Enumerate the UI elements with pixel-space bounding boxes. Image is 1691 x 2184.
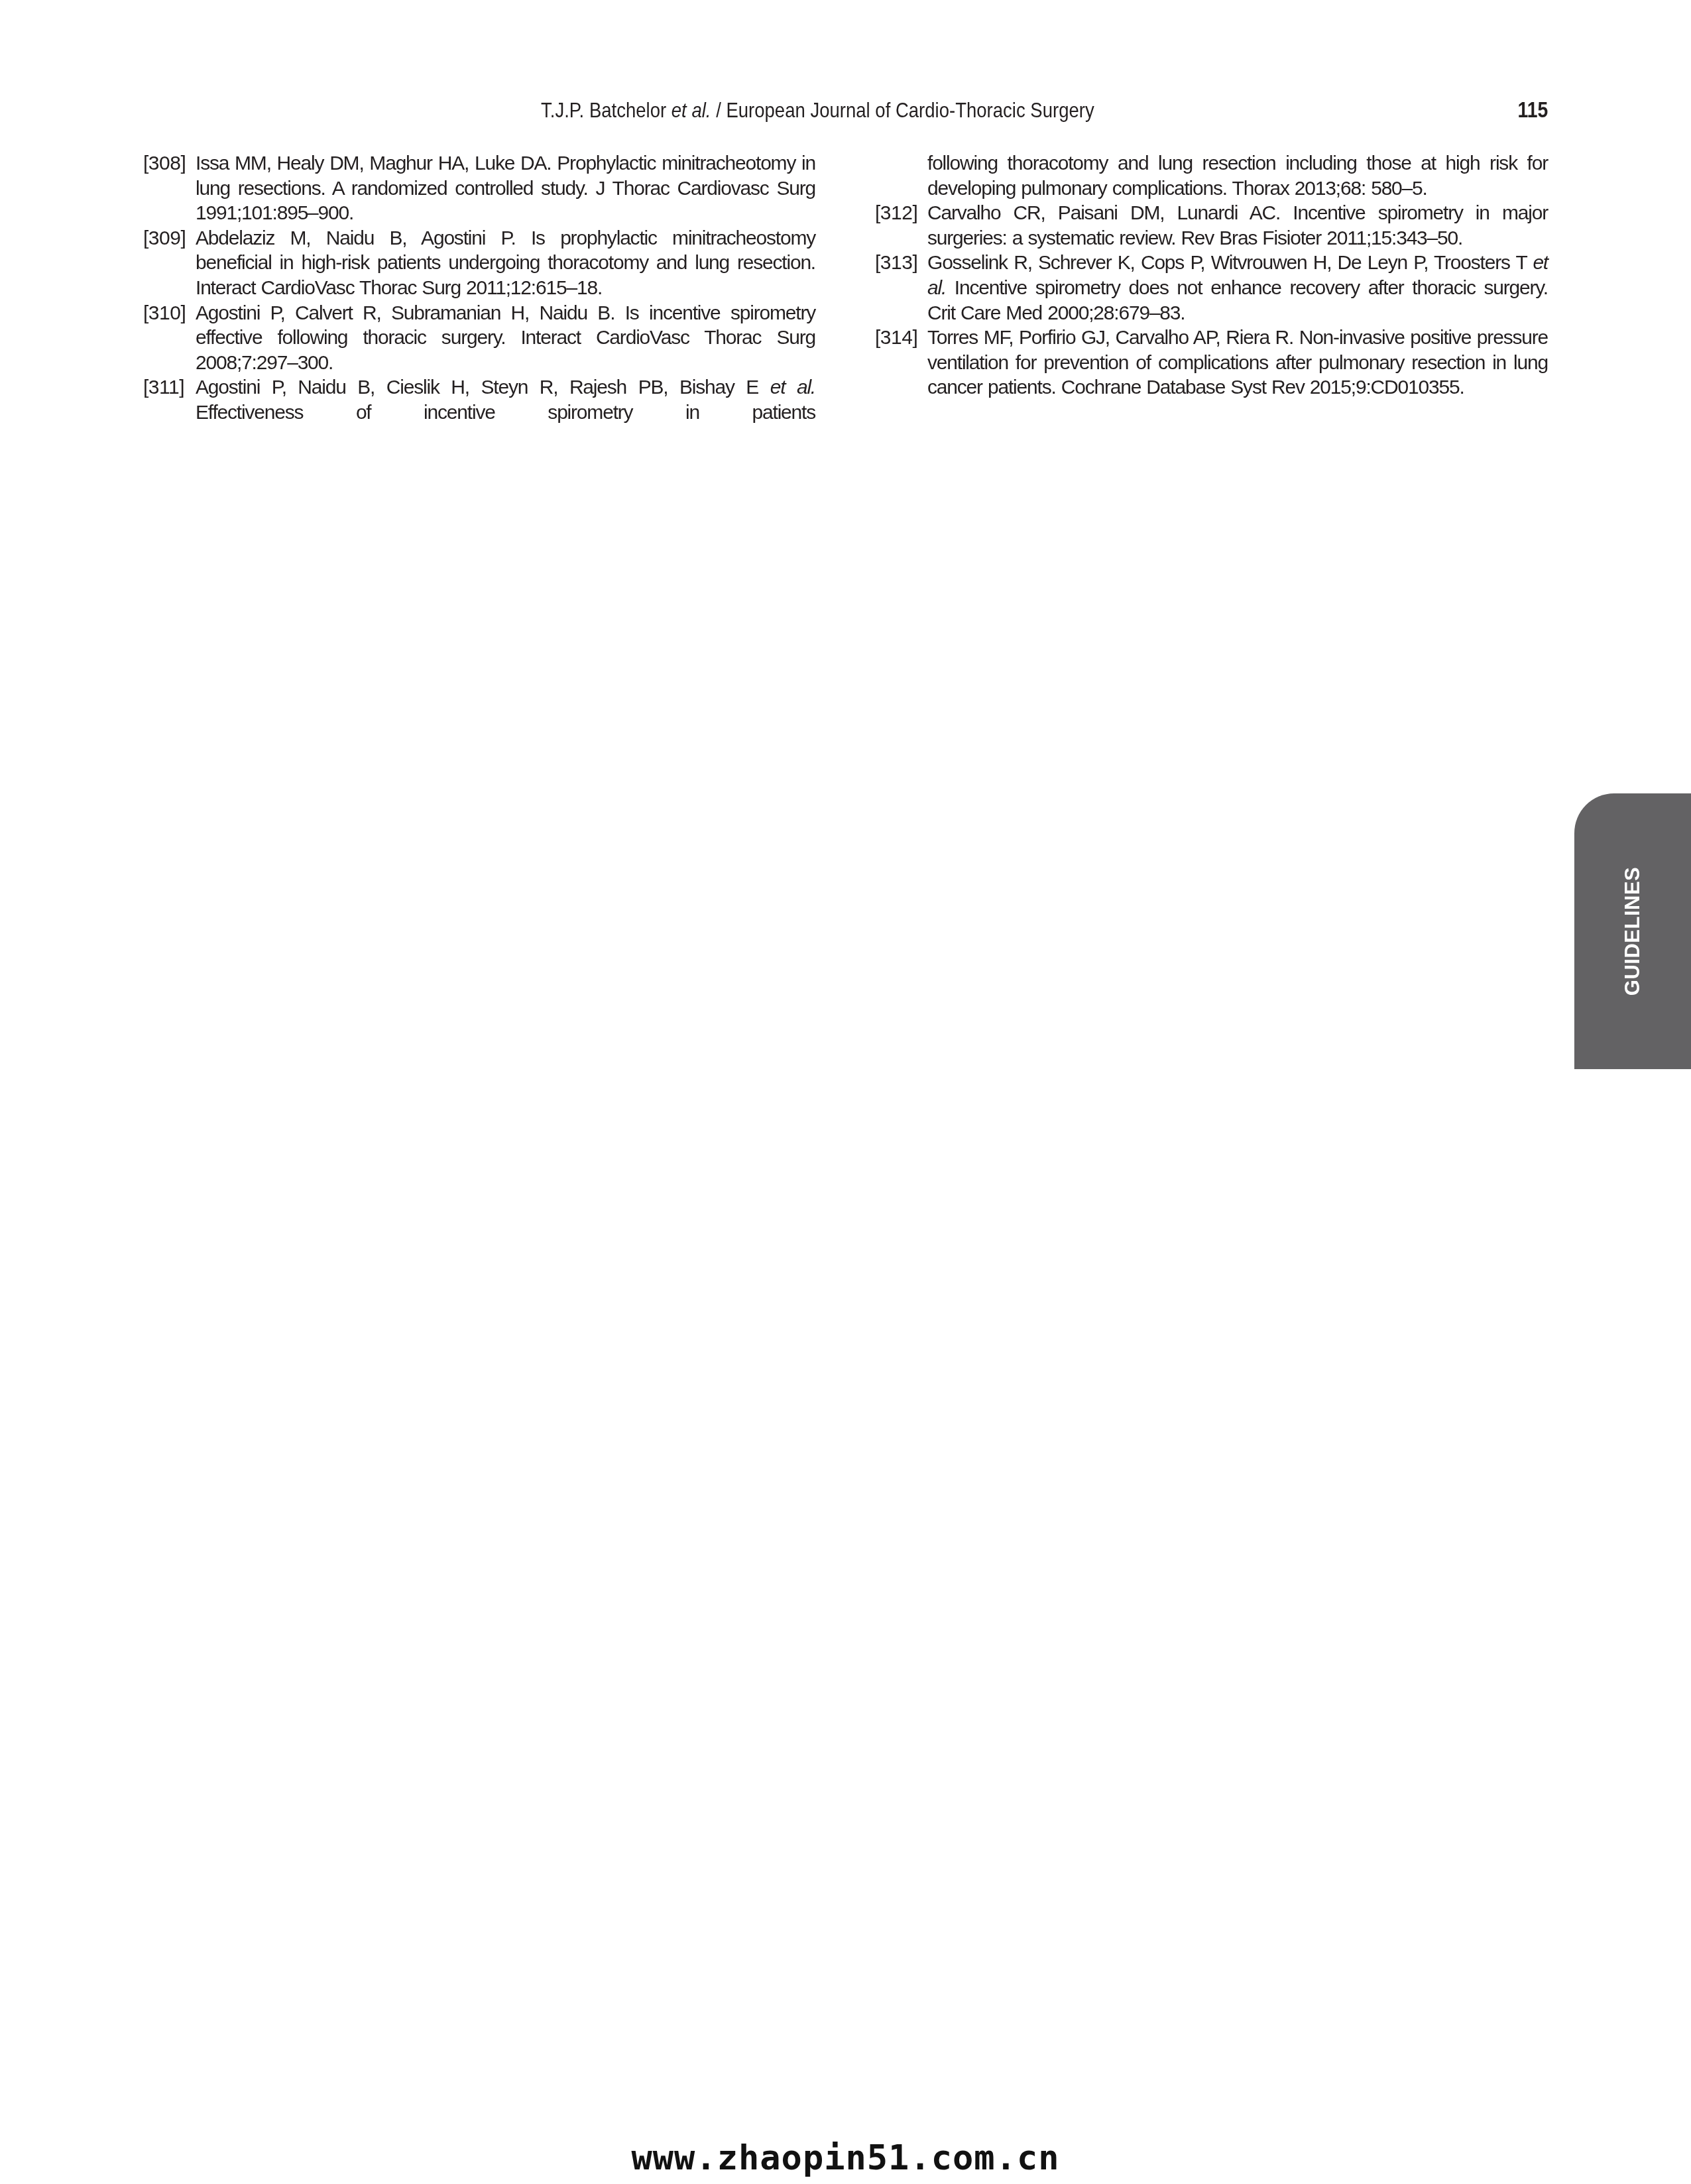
reference-text: Gosselink R, Schrever K, Cops P, Witvrou… (927, 251, 1548, 325)
reference-number: [312] (875, 201, 917, 226)
reference-text: Issa MM, Healy DM, Maghur HA, Luke DA. P… (196, 151, 815, 226)
reference-text: Agostini P, Calvert R, Subramanian H, Na… (196, 301, 815, 376)
page-number: 115 (1517, 95, 1548, 125)
author: T.J.P. Batchelor (541, 98, 671, 122)
reference-text: following thoracotomy and lung resection… (927, 151, 1548, 201)
reference-item: [309] Abdelaziz M, Naidu B, Agostini P. … (143, 226, 815, 301)
reference-number: [314] (875, 325, 917, 351)
reference-item: [308] Issa MM, Healy DM, Maghur HA, Luke… (143, 151, 815, 226)
running-head: T.J.P. Batchelor et al. / European Journ… (0, 95, 1691, 125)
author-etal: et al. (671, 98, 711, 122)
side-tab-label: GUIDELINES (1621, 867, 1645, 996)
reference-number: [310] (143, 301, 186, 326)
journal-name: / European Journal of Cardio-Thoracic Su… (711, 98, 1094, 122)
reference-item: [312] Carvalho CR, Paisani DM, Lunardi A… (875, 201, 1548, 251)
reference-continuation: following thoracotomy and lung resection… (875, 151, 1548, 201)
watermark: www.zhaopin51.com.cn (0, 2138, 1691, 2178)
reference-item: [310] Agostini P, Calvert R, Subramanian… (143, 301, 815, 376)
reference-text: Agostini P, Naidu B, Cieslik H, Steyn R,… (196, 375, 815, 425)
reference-text: Carvalho CR, Paisani DM, Lunardi AC. Inc… (927, 201, 1548, 251)
reference-text-part: Agostini P, Naidu B, Cieslik H, Steyn R,… (196, 376, 770, 398)
reference-etal: et al. (770, 376, 815, 398)
reference-column-right: following thoracotomy and lung resection… (875, 151, 1548, 400)
reference-number: [313] (875, 251, 917, 276)
reference-item: [314] Torres MF, Porfirio GJ, Carvalho A… (875, 325, 1548, 400)
reference-number: [308] (143, 151, 186, 176)
reference-text-part: Effectiveness of incentive spirometry in… (196, 402, 815, 424)
reference-text: Torres MF, Porfirio GJ, Carvalho AP, Rie… (927, 325, 1548, 400)
reference-text: Abdelaziz M, Naidu B, Agostini P. Is pro… (196, 226, 815, 301)
running-head-title: T.J.P. Batchelor et al. / European Journ… (541, 95, 1094, 125)
section-side-tab: GUIDELINES (1574, 793, 1691, 1069)
reference-number: [309] (143, 226, 186, 251)
reference-text-part: Gosselink R, Schrever K, Cops P, Witvrou… (927, 252, 1533, 274)
reference-item: [313] Gosselink R, Schrever K, Cops P, W… (875, 251, 1548, 325)
reference-item: [311] Agostini P, Naidu B, Cieslik H, St… (143, 375, 815, 425)
reference-column-left: [308] Issa MM, Healy DM, Maghur HA, Luke… (143, 151, 815, 426)
reference-text-part: Incentive spirometry does not enhance re… (927, 277, 1548, 324)
reference-number: [311] (143, 375, 184, 400)
